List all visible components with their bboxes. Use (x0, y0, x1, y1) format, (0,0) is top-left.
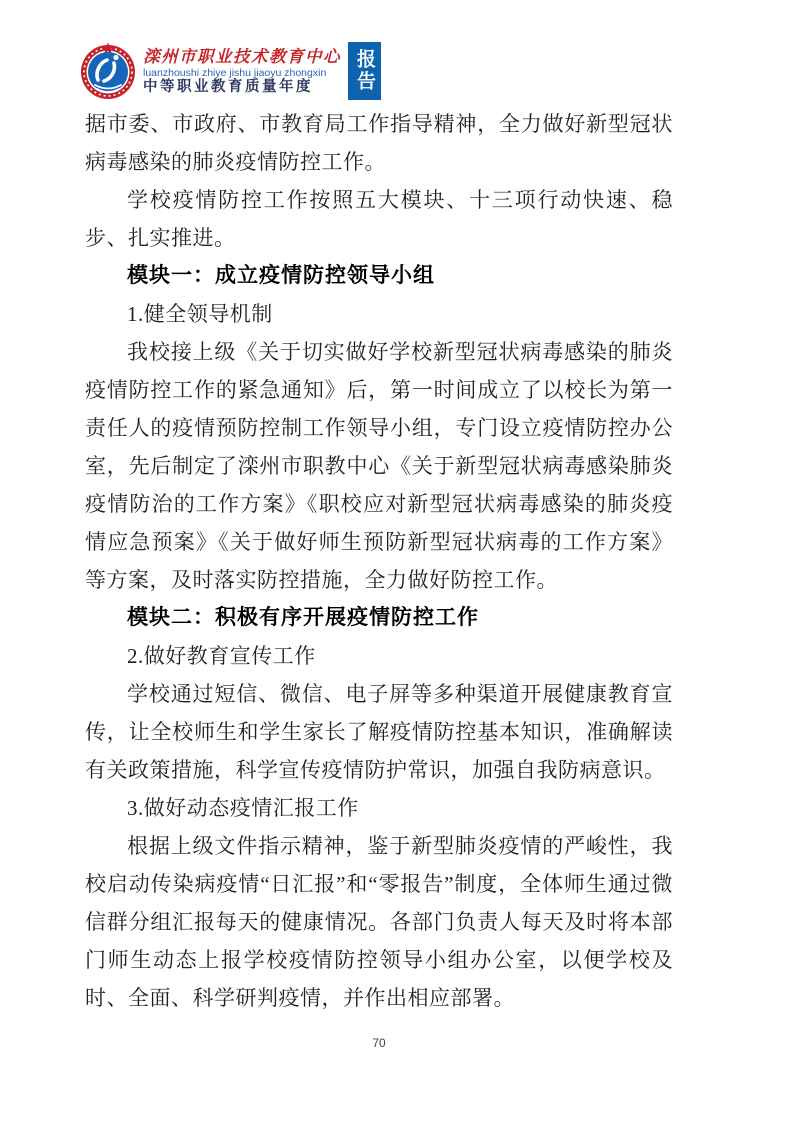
section-heading: 模块一：成立疫情防控领导小组 (85, 257, 673, 295)
org-name-pinyin: luanzhoushi zhiye jishu jiaoyu zhongxin (143, 67, 341, 79)
numbered-subheading: 2.做好教育宣传工作 (85, 637, 673, 675)
org-name-chinese: 滦州市职业技术教育中心 (143, 47, 341, 67)
report-badge: 报告 (348, 42, 381, 100)
body-paragraph: 我校接上级《关于切实做好学校新型冠状病毒感染的肺炎疫情防控工作的紧急通知》后，第… (85, 333, 673, 599)
body-paragraph: 根据上级文件指示精神，鉴于新型肺炎疫情的严峻性，我校启动传染病疫情“日汇报”和“… (85, 827, 673, 1017)
document-page: 滦州市职业技术教育中心 luanzhoushi zhiye jishu jiao… (0, 0, 793, 1122)
numbered-subheading: 1.健全领导机制 (85, 295, 673, 333)
body-paragraph: 学校疫情防控工作按照五大模块、十三项行动快速、稳步、扎实推进。 (85, 181, 673, 257)
school-emblem-icon (80, 42, 136, 100)
report-subtitle: 中等职业教育质量年度 (143, 79, 341, 96)
document-body: 据市委、市政府、市教育局工作指导精神，全力做好新型冠状病毒感染的肺炎疫情防控工作… (85, 105, 673, 1017)
body-paragraph: 据市委、市政府、市教育局工作指导精神，全力做好新型冠状病毒感染的肺炎疫情防控工作… (85, 105, 673, 181)
body-paragraph: 学校通过短信、微信、电子屏等多种渠道开展健康教育宣传，让全校师生和学生家长了解疫… (85, 675, 673, 789)
header-org-block: 滦州市职业技术教育中心 luanzhoushi zhiye jishu jiao… (143, 47, 341, 96)
section-heading: 模块二：积极有序开展疫情防控工作 (85, 599, 673, 637)
numbered-subheading: 3.做好动态疫情汇报工作 (85, 789, 673, 827)
page-number: 70 (372, 1036, 385, 1050)
page-header: 滦州市职业技术教育中心 luanzhoushi zhiye jishu jiao… (80, 42, 381, 100)
page-footer: 70 (85, 1036, 673, 1050)
